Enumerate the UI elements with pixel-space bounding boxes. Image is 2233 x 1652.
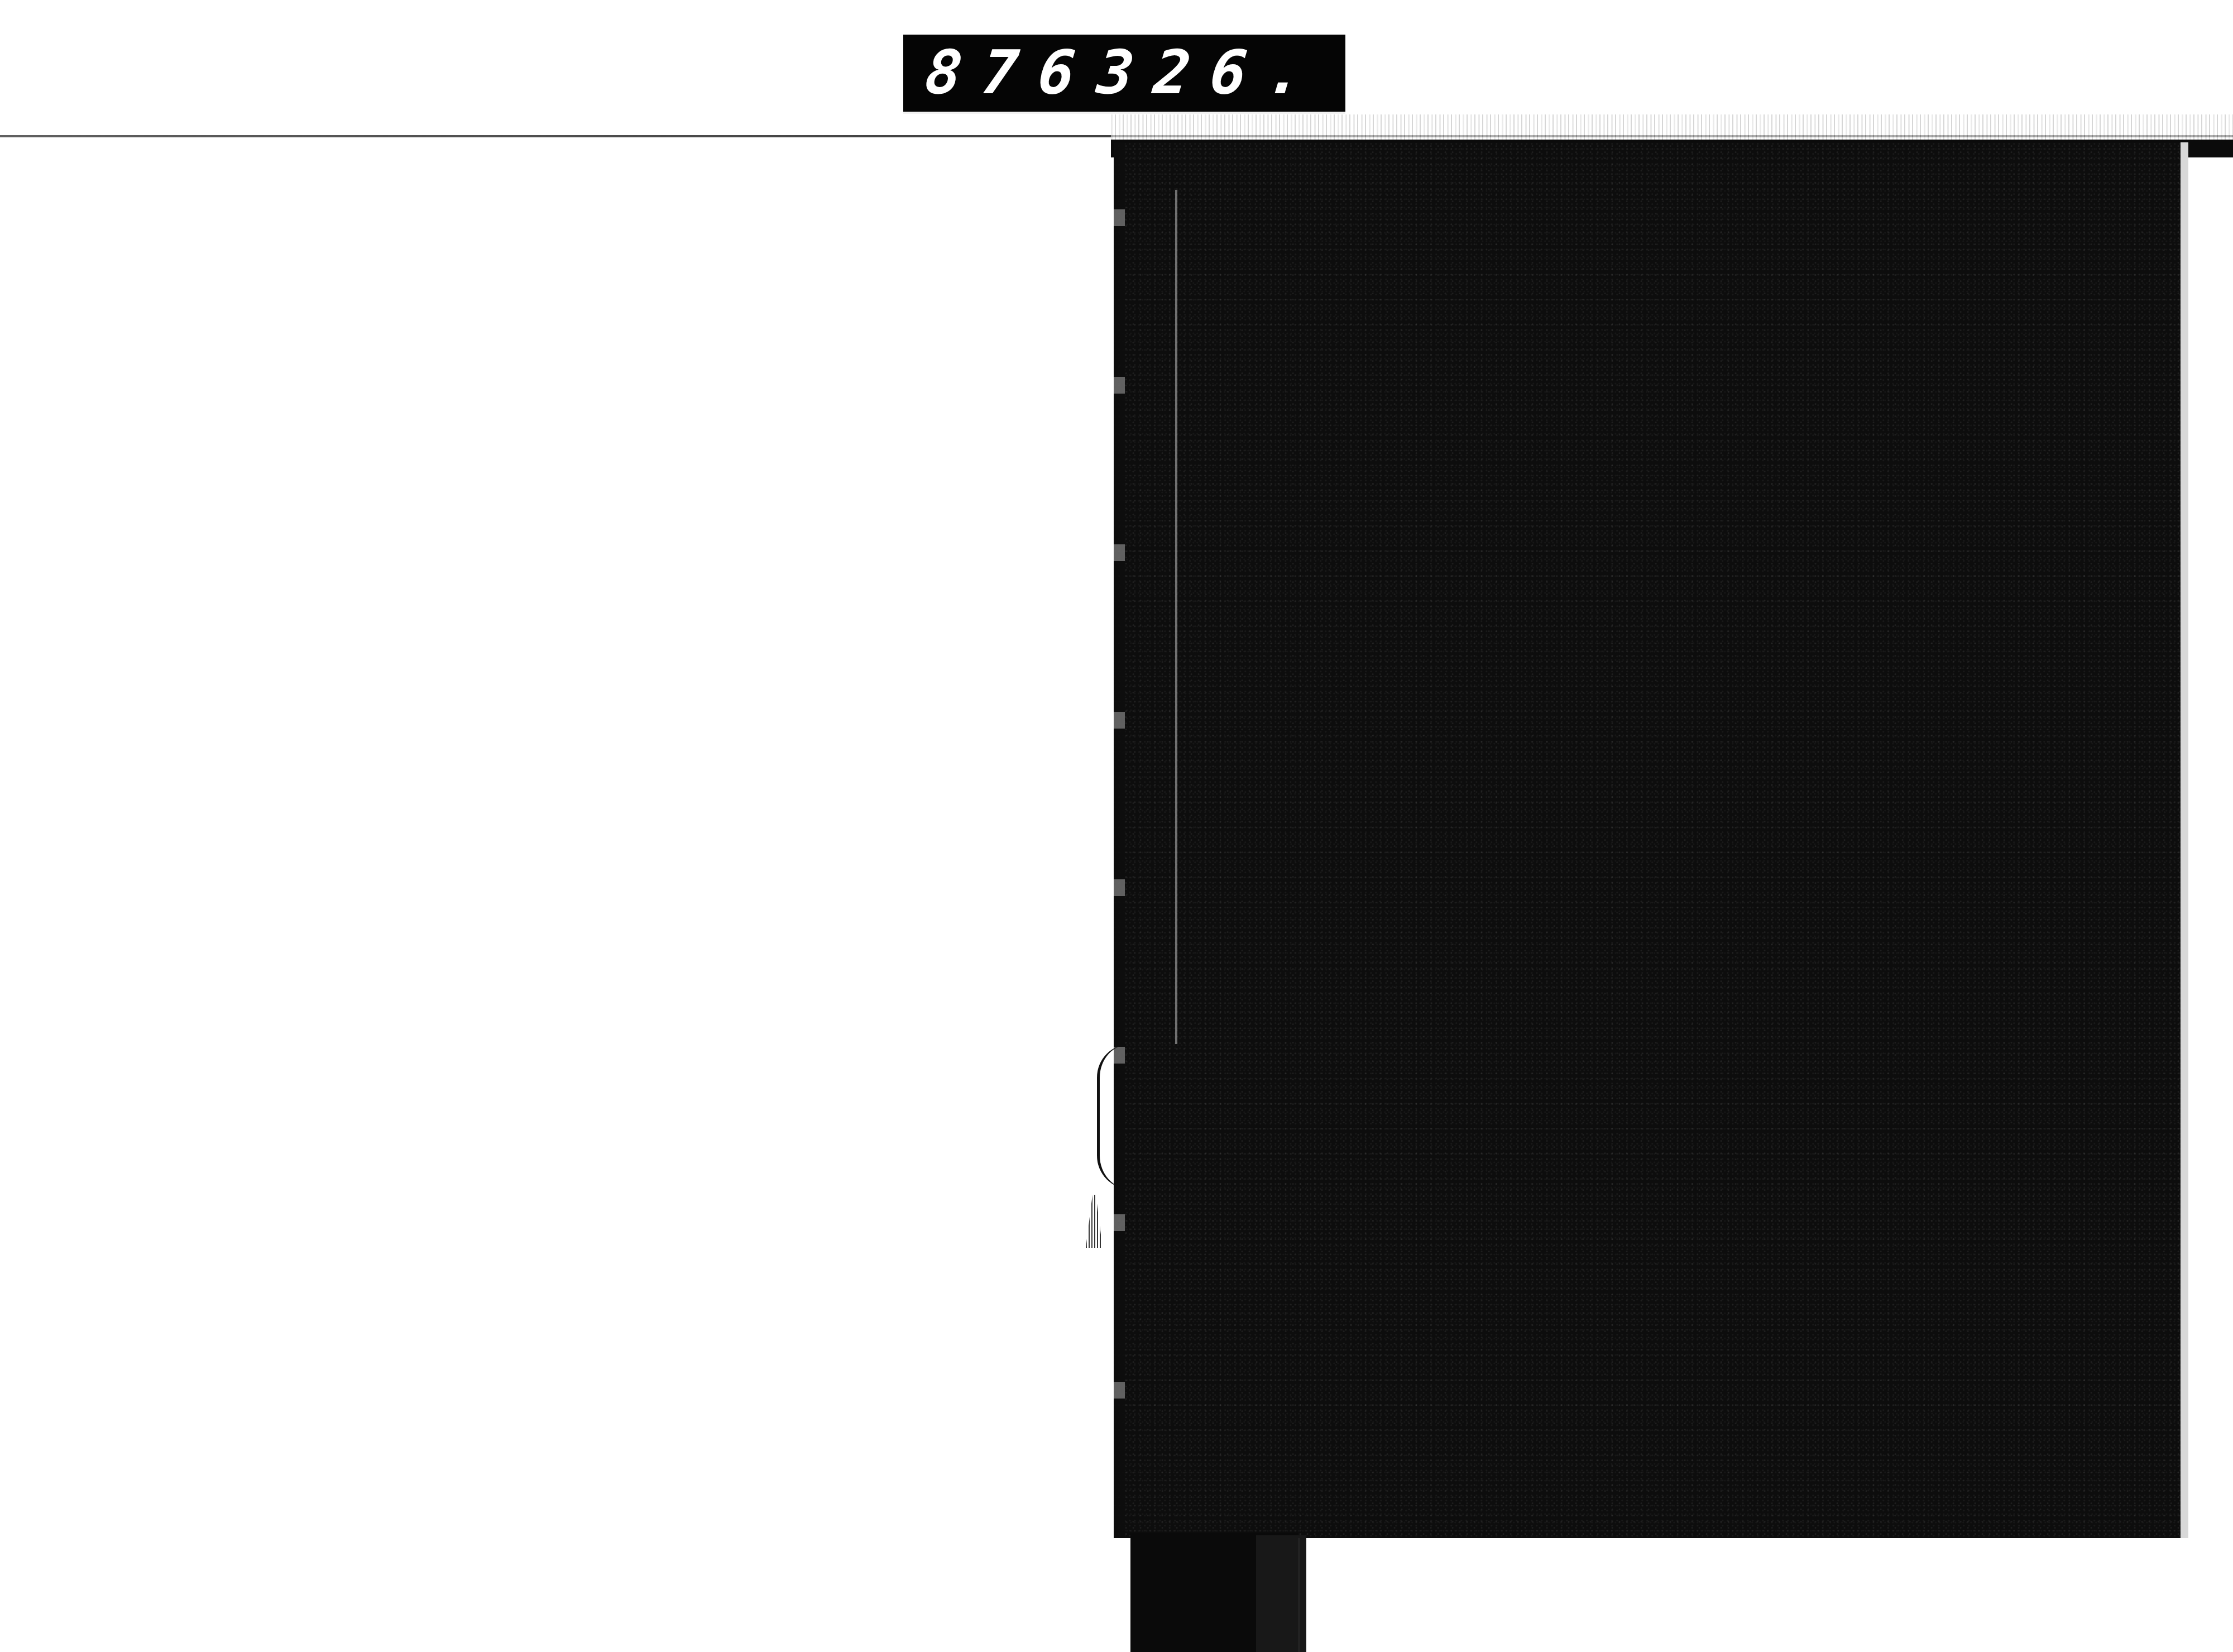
book-bottom-edge xyxy=(1298,1538,1300,1652)
book-spine-edge xyxy=(1114,142,1125,1538)
thread-tassel xyxy=(1086,1195,1103,1248)
scan-noise-band xyxy=(1111,114,2233,140)
frame-number-label: 876 326. xyxy=(903,35,1345,114)
frame-number-left: 876 xyxy=(922,43,1098,103)
spine-fold-line xyxy=(1175,190,1177,1044)
book-cover xyxy=(1114,142,2188,1538)
frame-number-right: 326. xyxy=(1094,43,1326,103)
binding-thread xyxy=(1097,1044,1133,1189)
